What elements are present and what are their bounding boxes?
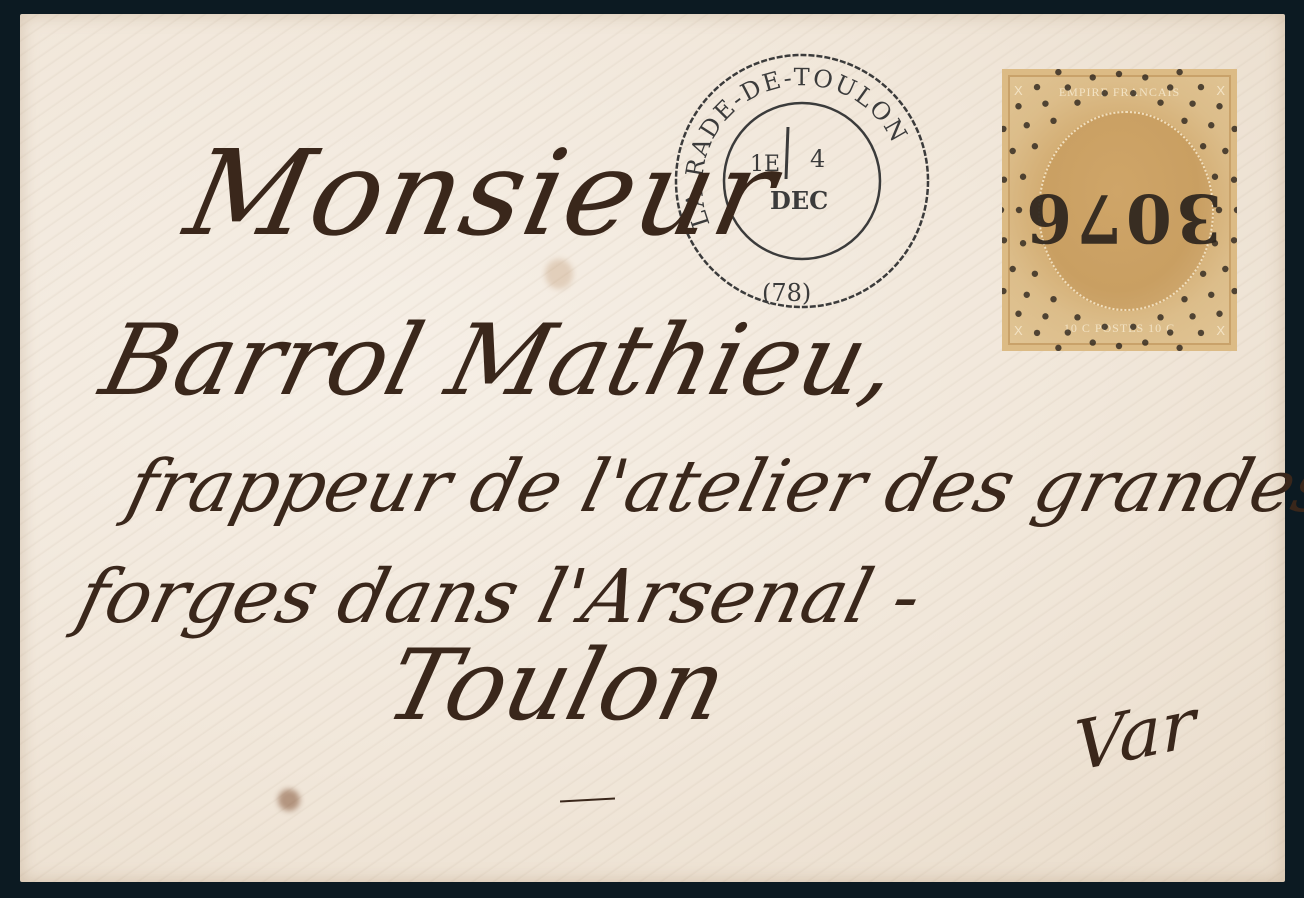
- postage-stamp: EMPIRE FRANCAIS 10 C POSTES 10 C X X X X…: [1002, 69, 1237, 351]
- address-line-city: Toulon: [376, 629, 738, 743]
- svg-text:DEC: DEC: [770, 186, 828, 215]
- envelope: LA RADE-DE-TOULON 1E 4 DEC (78) EMPIRE F…: [20, 14, 1285, 882]
- address-line-occupation: frappeur de l'atelier des grandes: [120, 444, 1304, 528]
- address-line-workplace: forges dans l'Arsenal -: [69, 554, 930, 640]
- address-line-department: Var: [1073, 682, 1197, 787]
- cancellation-number: 3076: [1012, 179, 1232, 257]
- address-line-name: Barrol Mathieu,: [91, 304, 910, 418]
- address-line-salutation: Monsieur: [175, 124, 789, 262]
- paper-stain: [278, 789, 300, 811]
- paper-stain: [545, 259, 573, 289]
- svg-text:4: 4: [810, 145, 825, 173]
- underline-dash: [560, 798, 615, 803]
- svg-text:(78): (78): [762, 279, 811, 307]
